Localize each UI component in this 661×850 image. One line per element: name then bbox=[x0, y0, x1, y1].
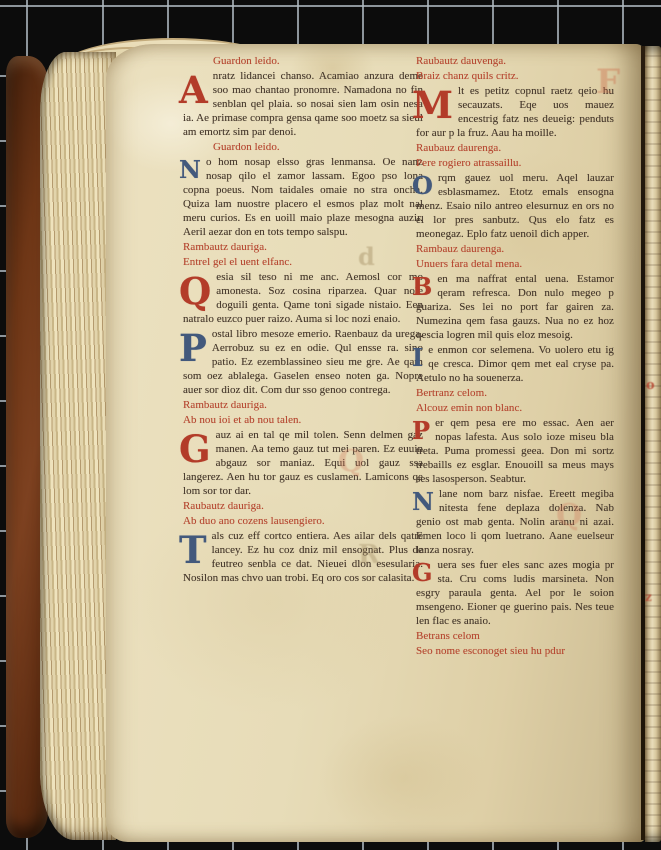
page-stack-fore-edge bbox=[40, 52, 116, 840]
text-column-right: Raubautz dauvenga.Braiz chanz quils crit… bbox=[416, 54, 614, 659]
drop-cap-initial: I bbox=[412, 344, 423, 371]
drop-cap-initial: Q bbox=[179, 271, 211, 311]
drop-cap-initial: T bbox=[179, 530, 207, 570]
rubric-author-heading: Betrans celom bbox=[416, 629, 614, 643]
rubric-author-heading: Raubauz daurenga. bbox=[416, 141, 614, 155]
rubric-author-heading: Raubautz dauriga. bbox=[183, 499, 423, 513]
rubric-author-heading: Rambautz dauriga. bbox=[183, 398, 423, 412]
stanza: Gauz ai en tal qe mil tolen. Senn delmen… bbox=[183, 428, 423, 498]
rubric-author-heading: Bertranz celom. bbox=[416, 386, 614, 400]
stanza: No hom nosap elsso gras lenmansa. Oe nan… bbox=[183, 155, 423, 239]
incipit-line: Alcouz emin non blanc. bbox=[416, 401, 614, 415]
photo-background-grid: Guardon leido.Anratz lidancei chanso. Ac… bbox=[0, 0, 661, 850]
stanza: Guera ses fuer eles sanc azes mogia pr s… bbox=[416, 558, 614, 628]
stanza: Tals cuz eff cortco entiera. Aes ailar d… bbox=[183, 529, 423, 585]
incipit-line: Braiz chanz quils critz. bbox=[416, 69, 614, 83]
drop-cap-initial: M bbox=[412, 85, 453, 125]
incipit-line: Pere rogiero atrassaillu. bbox=[416, 156, 614, 170]
stanza: Mlt es petitz copnul raetz qeio hu secau… bbox=[416, 84, 614, 140]
drop-cap-initial: P bbox=[179, 328, 207, 368]
drop-cap-initial: G bbox=[412, 559, 433, 586]
drop-cap-initial: B bbox=[412, 273, 432, 300]
incipit-line: Unuers fara detal mena. bbox=[416, 257, 614, 271]
rubric-author-heading: Guardon leido. bbox=[183, 140, 423, 154]
stanza-text: als cuz eff cortco entiera. Aes ailar de… bbox=[183, 530, 423, 584]
stanza-text: en ma naffrat ental uena. Estamor qeram … bbox=[416, 273, 614, 341]
stanza-text: lane nom barz nisfae. Ereett megiba nite… bbox=[416, 488, 614, 556]
drop-cap-initial: N bbox=[412, 488, 434, 515]
stanza-text: ostal libro mesoze emerio. Raenbauz da u… bbox=[183, 328, 423, 396]
stanza: Qesia sil teso ni me anc. Aemosl cor mo … bbox=[183, 270, 423, 326]
facing-page-edge bbox=[645, 46, 661, 842]
rubric-author-heading: Rambauz daurenga. bbox=[416, 242, 614, 256]
stanza: Nlane nom barz nisfae. Ereett megiba nit… bbox=[416, 487, 614, 557]
rubric-author-heading: Guardon leido. bbox=[183, 54, 423, 68]
drop-cap-initial: P bbox=[412, 417, 430, 444]
stanza-text: auz ai en tal qe mil tolen. Senn delmen … bbox=[183, 429, 423, 497]
text-column-left: Guardon leido.Anratz lidancei chanso. Ac… bbox=[183, 54, 423, 586]
stanza: Anratz lidancei chanso. Acamiao anzura d… bbox=[183, 69, 423, 139]
stanza-text: er qem pesa ere mo essac. Aen aer nopas … bbox=[416, 417, 614, 485]
drop-cap-initial: A bbox=[179, 70, 208, 110]
incipit-line: Entrel gel el uent elfanc. bbox=[183, 255, 423, 269]
incipit-line: Ab duo ano cozens lausengiero. bbox=[183, 514, 423, 528]
drop-cap-initial: N bbox=[179, 156, 201, 183]
stanza-text: e enmon cor selemena. Vo uolero etu ig q… bbox=[416, 344, 614, 384]
stanza-text: nratz lidancei chanso. Acamiao anzura de… bbox=[183, 70, 423, 138]
stanza-text: uera ses fuer eles sanc azes mogia pr st… bbox=[416, 559, 614, 627]
rubric-author-heading: Rambautz dauriga. bbox=[183, 240, 423, 254]
stanza: Postal libro mesoze emerio. Raenbauz da … bbox=[183, 327, 423, 397]
stanza-text: esia sil teso ni me anc. Aemosl cor mo a… bbox=[183, 271, 423, 325]
manuscript-page: Guardon leido.Anratz lidancei chanso. Ac… bbox=[106, 44, 646, 842]
drop-cap-initial: O bbox=[412, 172, 433, 199]
stanza-text: rqm gauez uol meru. Aqel lauzar esblasma… bbox=[416, 172, 614, 240]
incipit-line: Ab nou ioi et ab nou talen. bbox=[183, 413, 423, 427]
drop-cap-initial: G bbox=[179, 429, 211, 469]
rubric-author-heading: Raubautz dauvenga. bbox=[416, 54, 614, 68]
incipit-line: Seo nome esconoget sieu hu pdur bbox=[416, 644, 614, 658]
stanza-text: o hom nosap elsso gras lenmansa. Oe nanz… bbox=[183, 156, 423, 238]
stanza: Ben ma naffrat ental uena. Estamor qeram… bbox=[416, 272, 614, 342]
stanza: Ie enmon cor selemena. Vo uolero etu ig … bbox=[416, 343, 614, 385]
stanza: Per qem pesa ere mo essac. Aen aer nopas… bbox=[416, 416, 614, 486]
stanza: Orqm gauez uol meru. Aqel lauzar esblasm… bbox=[416, 171, 614, 241]
